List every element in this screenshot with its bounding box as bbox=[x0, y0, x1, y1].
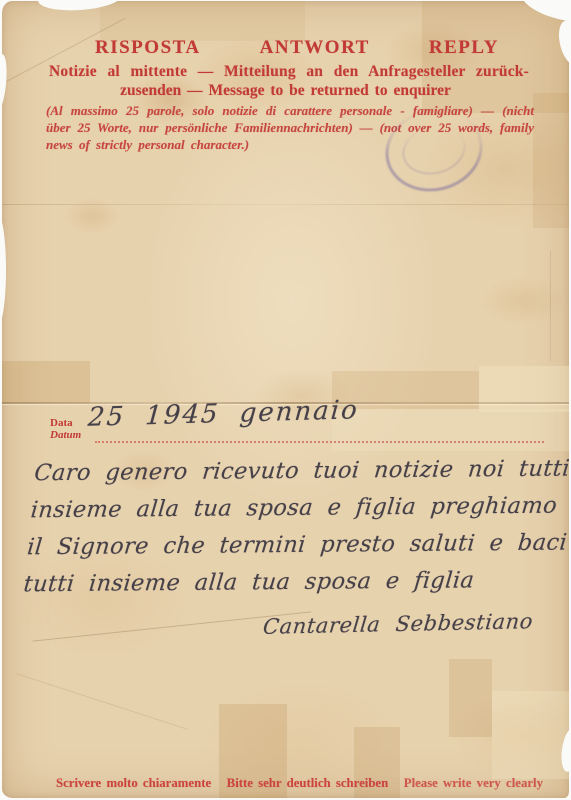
subtitle-line2: zusenden — Message to be returned to enq… bbox=[2, 82, 569, 100]
message-line: insieme alla tua sposa e figlia preghiam… bbox=[29, 488, 553, 530]
message-line: tutti insieme alla tua sposa e figlia bbox=[22, 562, 546, 604]
scanned-document: RISPOSTA ANTWORT REPLY Notizie al mitten… bbox=[0, 0, 571, 800]
reply-form-sheet: RISPOSTA ANTWORT REPLY Notizie al mitten… bbox=[2, 1, 569, 798]
tape-patch bbox=[449, 659, 492, 737]
date-label-datum: Datum bbox=[50, 430, 81, 441]
title-antwort: ANTWORT bbox=[260, 37, 370, 59]
tape-patch bbox=[492, 691, 569, 779]
message-line: il Signore che termini presto saluti e b… bbox=[25, 525, 549, 567]
footer-instructions: Scrivere molto chiaramente Bitte sehr de… bbox=[56, 776, 543, 791]
handwritten-signature: Cantarella Sebbestiano bbox=[262, 609, 535, 639]
message-line: Caro genero ricevuto tuoi notizie noi tu… bbox=[33, 451, 557, 493]
date-label-data: Data bbox=[50, 418, 73, 429]
handwritten-message: Caro genero ricevuto tuoi notizie noi tu… bbox=[22, 451, 556, 604]
footer-english: Please write very clearly bbox=[404, 776, 543, 791]
tape-patch bbox=[100, 1, 305, 41]
title-reply: REPLY bbox=[429, 37, 499, 59]
tape-patch bbox=[2, 361, 90, 403]
handwritten-date: 25 1945 gennaio bbox=[87, 395, 360, 433]
subtitle-line1: Notizie al mittente — Mitteilung an den … bbox=[49, 63, 529, 81]
title-risposta: RISPOSTA bbox=[95, 37, 201, 59]
header-titles: RISPOSTA ANTWORT REPLY bbox=[95, 37, 499, 59]
date-dotted-line bbox=[95, 429, 544, 443]
tape-patch bbox=[533, 93, 569, 228]
tape-patch bbox=[479, 366, 569, 412]
wrinkle-line bbox=[550, 251, 551, 361]
footer-german: Bitte sehr deutlich schreiben bbox=[227, 776, 389, 791]
footer-italian: Scrivere molto chiaramente bbox=[56, 776, 211, 791]
instructions-text: (Al massimo 25 parole, solo notizie di c… bbox=[46, 103, 534, 153]
wrinkle-line bbox=[16, 673, 187, 730]
fold-crease bbox=[2, 204, 569, 205]
